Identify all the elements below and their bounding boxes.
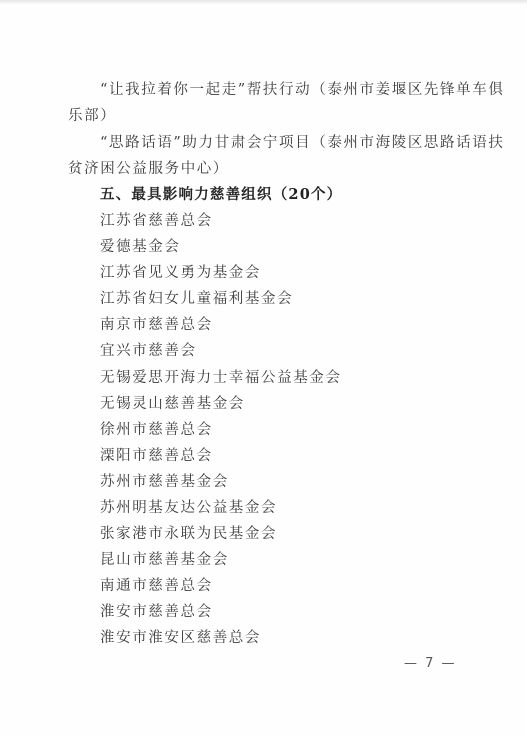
- document-page: “让我拉着你一起走”帮扶行动（泰州市姜堰区先锋单车俱 乐部） “思路话语”助力甘…: [0, 0, 527, 737]
- list-item: 宜兴市慈善会: [100, 341, 197, 361]
- paragraph-1-line-2: 乐部）: [68, 106, 116, 126]
- list-item: 无锡爱思开海力士幸福公益基金会: [100, 368, 342, 388]
- list-item: 溧阳市慈善总会: [100, 446, 213, 466]
- list-item: 江苏省见义勇为基金会: [100, 263, 261, 283]
- paragraph-2-line-1: “思路话语”助力甘肃会宁项目（泰州市海陵区思路话语扶: [100, 133, 504, 153]
- list-item: 张家港市永联为民基金会: [100, 524, 277, 544]
- list-item: 昆山市慈善基金会: [100, 550, 229, 570]
- list-item: 苏州明基友达公益基金会: [100, 498, 277, 518]
- list-item: 南京市慈善总会: [100, 315, 213, 335]
- scan-edge: [0, 0, 527, 4]
- list-item: 无锡灵山慈善基金会: [100, 394, 245, 414]
- list-item: 南通市慈善总会: [100, 576, 213, 596]
- section-heading: 五、最具影响力慈善组织（20个）: [100, 185, 342, 205]
- paragraph-1-line-1: “让我拉着你一起走”帮扶行动（泰州市姜堰区先锋单车俱: [100, 80, 504, 100]
- list-item: 江苏省慈善总会: [100, 211, 213, 231]
- list-item: 淮安市慈善总会: [100, 602, 213, 622]
- list-item: 徐州市慈善总会: [100, 420, 213, 440]
- list-item: 淮安市淮安区慈善总会: [100, 628, 261, 648]
- list-item: 爱德基金会: [100, 237, 181, 257]
- list-item: 江苏省妇女儿童福利基金会: [100, 289, 293, 309]
- paragraph-2-line-2: 贫济困公益服务中心）: [68, 159, 229, 179]
- list-item: 苏州市慈善基金会: [100, 472, 229, 492]
- page-number: — 7 —: [404, 656, 457, 671]
